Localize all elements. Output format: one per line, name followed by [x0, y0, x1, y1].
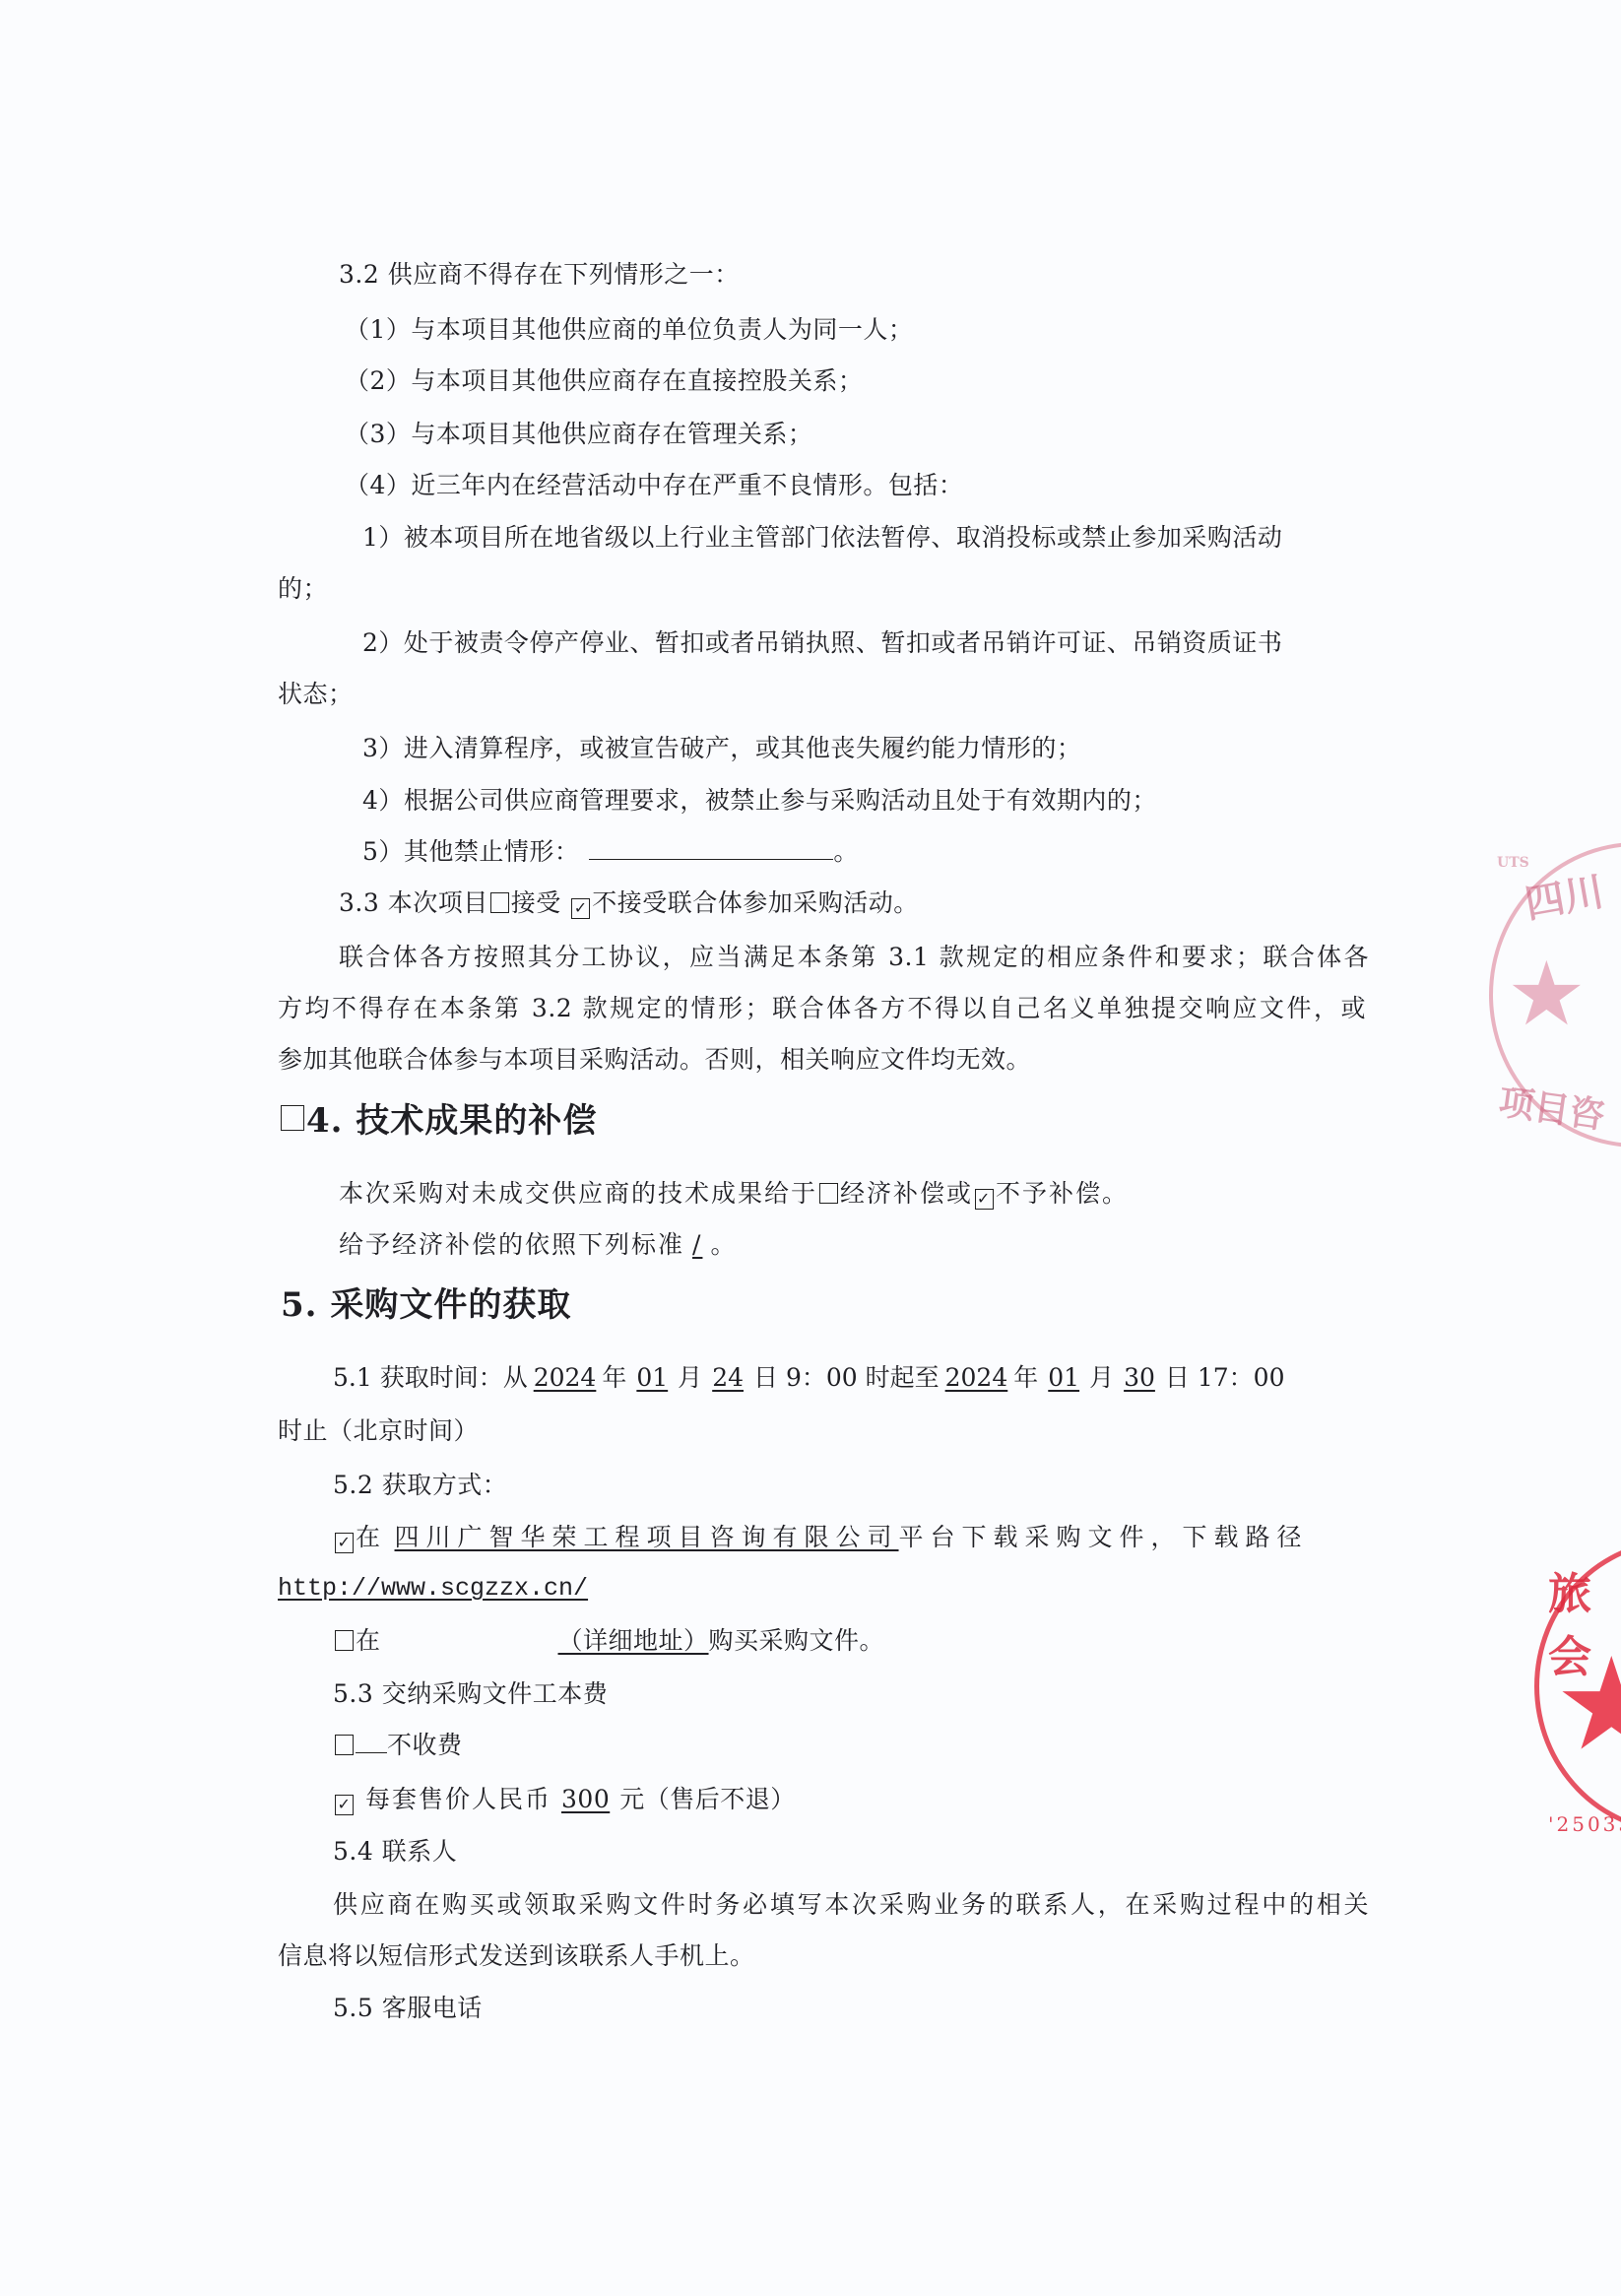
purchase-option-checkbox[interactable]	[335, 1630, 354, 1651]
purchase-option: 在（详细地址）购买采购文件。	[335, 1624, 884, 1658]
economic-compensation-checkbox[interactable]	[819, 1183, 838, 1204]
section-3-3-label: 3.3 本次项目	[339, 888, 488, 917]
list-item: （4）近三年内在经营活动中存在严重不良情形。包括：	[345, 469, 963, 502]
check-icon: ✓	[574, 898, 588, 917]
accept-label: 接受	[511, 888, 561, 917]
acquisition-time-cont: 时止（北京时间）	[278, 1414, 479, 1448]
list-item: （1）与本项目其他供应商的单位负责人为同一人；	[345, 313, 913, 347]
compensation-label: 本次采购对未成交供应商的技术成果给于	[339, 1179, 817, 1208]
sub-item-4: 4）根据公司供应商管理要求，被禁止参与采购活动且处于有效期内的；	[362, 784, 1157, 818]
seal-edge-text: UTS	[1497, 855, 1529, 871]
end-day[interactable]: 30	[1114, 1363, 1165, 1392]
list-item: （2）与本项目其他供应商存在直接控股关系；	[345, 364, 863, 398]
acquisition-time-label: 5.1 获取时间：从	[333, 1363, 528, 1392]
acquisition-time-line: 5.1 获取时间：从2024年01月24日 9：00 时起至2024年01月30…	[333, 1361, 1284, 1395]
check-icon: ✓	[977, 1189, 992, 1208]
sub-item-5-label: 5）其他禁止情形：	[362, 837, 579, 866]
year-unit: 年	[1013, 1363, 1038, 1392]
consortium-para-line1: 联合体各方按照其分工协议，应当满足本条第 3.1 款规定的相应条件和要求；联合体…	[339, 941, 1369, 974]
compensation-standard-line: 给予经济补偿的依照下列标准/。	[339, 1228, 737, 1262]
section-3-3: 3.3 本次项目接受 ✓不接受联合体参加采购活动。	[339, 886, 919, 920]
year-unit: 年	[602, 1363, 626, 1392]
end-year[interactable]: 2024	[940, 1363, 1014, 1392]
compensation-line: 本次采购对未成交供应商的技术成果给于经济补偿或✓不予补偿。	[339, 1177, 1129, 1211]
section-5-heading: 5. 采购文件的获取	[281, 1283, 571, 1327]
download-suffix: 平台下载采购文件，下载路径	[899, 1523, 1309, 1551]
sub-item-5: 5）其他禁止情形：。	[362, 835, 859, 869]
period: 。	[833, 837, 859, 866]
check-icon: ✓	[338, 1533, 352, 1551]
platform-name: 四川广智华荣工程项目咨询有限公司	[381, 1523, 899, 1551]
sub-item-1: 1）被本项目所在地省级以上行业主管部门依法暂停、取消投标或禁止参加采购活动	[362, 521, 1282, 555]
consortium-para-line2: 方均不得存在本条第 3.2 款规定的情形；联合体各方不得以自己名义单独提交响应文…	[278, 992, 1366, 1025]
consortium-para-line3: 参加其他联合体参与本项目采购活动。否则，相关响应文件均无效。	[278, 1043, 1031, 1077]
contact-para-line2: 信息将以短信形式发送到该联系人手机上。	[278, 1939, 755, 1973]
period: 。	[710, 1230, 737, 1259]
download-url[interactable]: http://www.scgzzx.cn/	[278, 1572, 596, 1606]
download-option-checkbox[interactable]: ✓	[335, 1533, 354, 1553]
contact-label: 5.4 联系人	[333, 1835, 457, 1869]
seal-text-top: 旅 会	[1548, 1558, 1621, 1684]
section-4-title: 4. 技术成果的补偿	[306, 1101, 597, 1141]
compensation-standard-value[interactable]: /	[684, 1230, 710, 1259]
fee-paid-option: ✓每套售价人民币300元（售后不退）	[335, 1783, 796, 1816]
download-option: ✓在四川广智华荣工程项目咨询有限公司平台下载采购文件，下载路径	[335, 1521, 1369, 1554]
accept-consortium-checkbox[interactable]	[490, 892, 509, 913]
no-compensation-checkbox[interactable]: ✓	[975, 1189, 994, 1210]
acquisition-method-label: 5.2 获取方式：	[333, 1469, 507, 1502]
fee-amount[interactable]: 300	[551, 1785, 619, 1813]
seal-star-icon: ★	[1507, 951, 1587, 1039]
fee-paid-label: 每套售价人民币	[365, 1785, 551, 1813]
month-unit: 月	[678, 1363, 702, 1392]
reject-label: 不接受联合体参加采购活动。	[592, 888, 919, 917]
start-year[interactable]: 2024	[528, 1363, 603, 1392]
end-month[interactable]: 01	[1038, 1363, 1089, 1392]
section-4-checkbox[interactable]	[281, 1105, 304, 1131]
purchase-suffix: 购买采购文件。	[709, 1626, 885, 1655]
contact-para-line1: 供应商在购买或领取采购文件时务必填写本次采购业务的联系人，在采购过程中的相关	[333, 1888, 1369, 1922]
economic-compensation-label: 经济补偿或	[840, 1179, 973, 1208]
section-3-2-title: 3.2 供应商不得存在下列情形之一：	[339, 258, 740, 292]
download-url-link[interactable]: http://www.scgzzx.cn/	[278, 1574, 596, 1603]
address-blank[interactable]: （详细地址）	[381, 1626, 709, 1655]
check-icon: ✓	[338, 1795, 352, 1813]
start-day[interactable]: 24	[702, 1363, 753, 1392]
sub-item-1-cont: 的；	[278, 572, 328, 606]
fee-free-checkbox[interactable]	[335, 1735, 354, 1755]
list-item: （3）与本项目其他供应商存在管理关系；	[345, 418, 812, 451]
no-compensation-label: 不予补偿。	[996, 1179, 1129, 1208]
start-time: 日 9：00 时起至	[753, 1363, 940, 1392]
download-prefix: 在	[356, 1523, 381, 1551]
fee-free-label: 不收费	[387, 1731, 463, 1759]
start-month[interactable]: 01	[626, 1363, 678, 1392]
fee-paid-suffix: 元（售后不退）	[619, 1785, 796, 1813]
fee-paid-checkbox[interactable]: ✓	[335, 1795, 354, 1815]
purchase-prefix: 在	[356, 1626, 381, 1655]
compensation-standard-label: 给予经济补偿的依照下列标准	[339, 1230, 684, 1259]
seal-number: '25033	[1548, 1812, 1621, 1836]
sub-item-3: 3）进入清算程序，或被宣告破产，或其他丧失履约能力情形的；	[362, 732, 1081, 765]
sub-item-2-cont: 状态；	[278, 678, 354, 711]
customer-service-label: 5.5 客服电话	[333, 1992, 483, 2025]
end-time: 日 17：00	[1165, 1363, 1285, 1392]
fee-free-option: 不收费	[335, 1729, 463, 1762]
month-unit: 月	[1089, 1363, 1114, 1392]
fee-label: 5.3 交纳采购文件工本费	[333, 1677, 608, 1711]
reject-consortium-checkbox[interactable]: ✓	[571, 898, 590, 919]
sub-item-2: 2）处于被责令停产停业、暂扣或者吊销执照、暂扣或者吊销许可证、吊销资质证书	[362, 626, 1282, 660]
fee-free-blank	[356, 1729, 387, 1753]
other-situations-blank[interactable]	[589, 835, 833, 860]
section-4-heading: 4. 技术成果的补偿	[281, 1099, 597, 1143]
